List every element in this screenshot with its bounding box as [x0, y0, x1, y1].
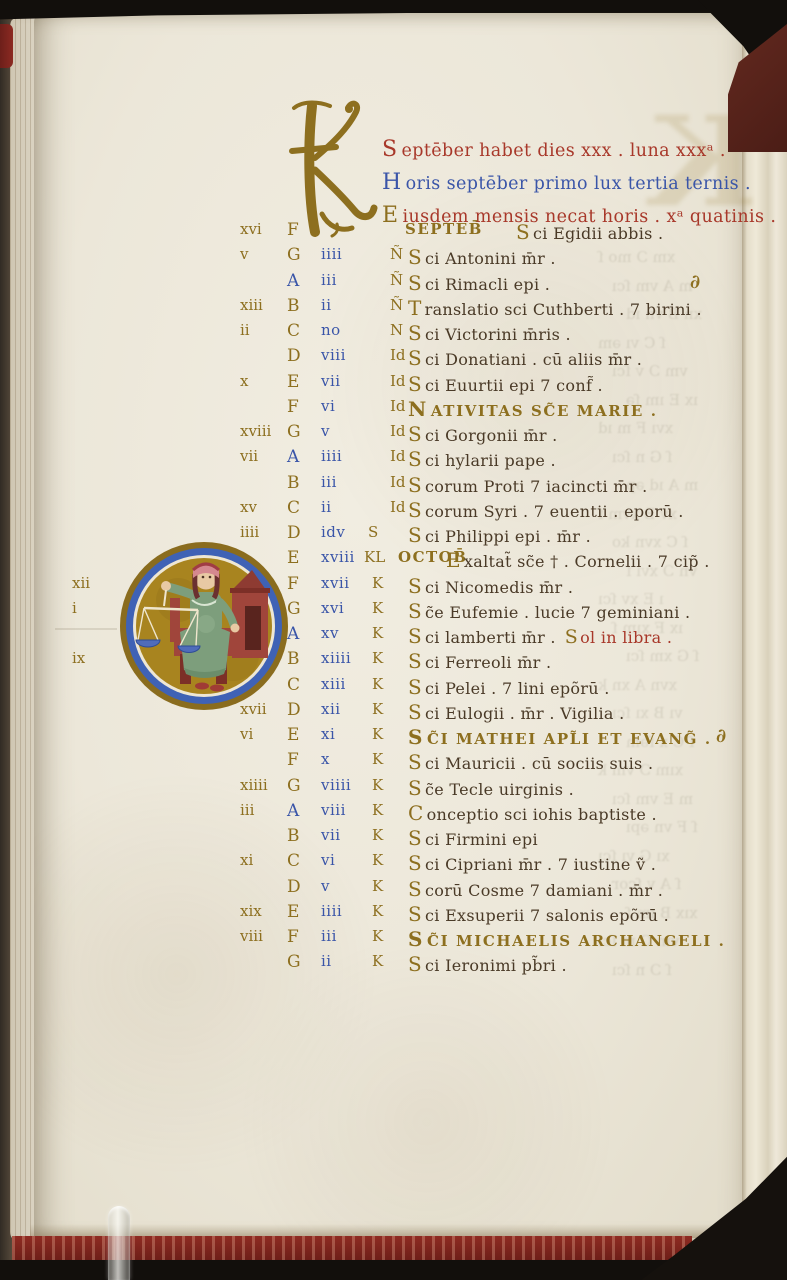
golden-number: x	[240, 372, 248, 390]
calendar-row: BviiKSci Firmini epi	[0, 826, 787, 851]
feast-initial: S	[408, 851, 422, 875]
calendar-row: viiiFiiiKSC̃I MICHAELIS ARCHANGELI .	[0, 927, 787, 952]
calendar-row: xiiFxviiKSci Nicomedis m̄r .	[0, 574, 787, 599]
dominical-letter: E	[287, 902, 299, 922]
calendar-row: AxvKSci lamberti m̄r .Sol in libra .	[0, 624, 787, 649]
day-count-numeral: xii	[321, 700, 341, 718]
feast-initial: S	[408, 321, 422, 345]
day-count-numeral: xvi	[321, 599, 344, 617]
feast-initial: S	[408, 952, 422, 976]
calendar-row: xiiiBiiÑTranslatio sci Cuthberti . 7 bir…	[0, 296, 787, 321]
feast-entry: Sci Firmini epi	[408, 826, 538, 850]
nones-ides-kalends-marker: K	[372, 700, 383, 718]
day-count-numeral: vi	[321, 851, 335, 869]
nones-ides-kalends-marker: K	[372, 725, 383, 743]
dominical-letter: F	[287, 927, 299, 947]
glass-book-weight	[108, 1206, 130, 1280]
dominical-letter: B	[287, 649, 300, 669]
feast-entry: Sci lamberti m̄r .Sol in libra .	[408, 624, 672, 648]
calendar-row: viExiKSC̃I MATHEI APL̃I ET EVANG̃ .∂	[0, 725, 787, 750]
feast-entry: Sci Pelei . 7 lini epõrū .	[408, 675, 610, 699]
day-count-numeral: xiii	[321, 675, 346, 693]
feast-entry: Sci Philippi epi . m̄r .	[408, 523, 591, 547]
golden-number-far-margin: xii	[72, 574, 90, 592]
calendar-row: ixBxiiiiKSci Ferreoli m̄r .	[0, 649, 787, 674]
day-count-numeral: x	[321, 750, 330, 768]
astronomical-note: Sol in libra .	[565, 628, 672, 647]
feast-initial: C	[408, 801, 424, 825]
nones-ides-kalends-marker: K	[372, 624, 383, 642]
dominical-letter: C	[287, 321, 300, 341]
nones-ides-kalends-marker: Ñ	[390, 296, 403, 314]
feast-initial: S	[408, 372, 422, 396]
nones-ides-kalends-marker: Id	[390, 372, 406, 390]
calendar-row: BiiiIdScorum Proti 7 iacincti m̄r .	[0, 473, 787, 498]
calendar-row: viiAiiiiIdSci hylarii pape .	[0, 447, 787, 472]
feast-initial: S	[408, 523, 422, 547]
day-count-numeral: vii	[321, 826, 341, 844]
nones-ides-kalends-marker: K	[372, 927, 383, 945]
feast-initial: S	[408, 902, 422, 926]
calendar-row: AiiiÑSci Rimacli epi .∂	[0, 271, 787, 296]
feast-initial: S	[408, 574, 422, 598]
calendar-row: xiCviKSci Cipriani m̄r . 7 iustine ṽ .	[0, 851, 787, 876]
golden-number: xvii	[240, 700, 267, 718]
day-count-numeral: iiii	[321, 902, 342, 920]
feast-initial: S	[408, 624, 422, 648]
nones-ides-kalends-marker: K	[372, 902, 383, 920]
calendar-row: xEviiIdSci Euurtii epi 7 conf̃ .	[0, 372, 787, 397]
dominical-letter: D	[287, 700, 301, 720]
day-count-numeral: xiiii	[321, 649, 351, 667]
dominical-letter: B	[287, 473, 300, 493]
day-count-numeral: idv	[321, 523, 345, 541]
nones-ides-kalends-marker: K	[372, 776, 383, 794]
golden-number: viii	[240, 927, 263, 945]
feast-entry: SC̃I MICHAELIS ARCHANGELI .	[408, 927, 725, 951]
feast-initial: S	[516, 220, 530, 244]
dominical-letter: B	[287, 826, 300, 846]
nones-ides-kalends-marker: KL	[364, 548, 385, 566]
feast-entry: SC̃I MATHEI APL̃I ET EVANG̃ .	[408, 725, 712, 749]
dominical-letter: G	[287, 245, 301, 265]
nones-ides-kalends-marker: N	[390, 321, 403, 339]
feast-initial: S	[408, 725, 424, 749]
calendar-row: FviIdNATIVITAS SC̃E MARIE .	[0, 397, 787, 422]
day-count-numeral: iii	[321, 473, 337, 491]
feast-entry: Conceptio sci iohis baptiste .	[408, 801, 657, 825]
feast-initial: S	[408, 473, 422, 497]
note-initial: S	[565, 626, 578, 648]
calendar-row: xviiDxiiKSci Eulogii . m̄r . Vigilia .	[0, 700, 787, 725]
dominical-letter: A	[287, 447, 299, 467]
day-count-numeral: iiii	[321, 447, 342, 465]
nones-ides-kalends-marker: K	[372, 952, 383, 970]
feast-initial: T	[408, 296, 422, 320]
day-count-numeral: ii	[321, 296, 332, 314]
dominical-letter: E	[287, 725, 299, 745]
feast-entry: Sci Exsuperii 7 salonis epõrū .	[408, 902, 669, 926]
golden-number: xviii	[240, 422, 271, 440]
day-count-numeral: xv	[321, 624, 339, 642]
nones-ides-kalends-marker: Ñ	[390, 245, 403, 263]
dominical-letter: A	[287, 624, 299, 644]
nones-ides-kalends-marker: K	[372, 599, 383, 617]
feast-initial: S	[408, 700, 422, 724]
feast-entry: NATIVITAS SC̃E MARIE .	[408, 397, 658, 421]
dominical-letter: C	[287, 498, 300, 518]
calendar-row: DvKScorū Cosme 7 damiani . m̄r .	[0, 877, 787, 902]
verse-initial: S	[382, 137, 397, 162]
golden-number: xiiii	[240, 776, 268, 794]
dominical-letter: E	[287, 372, 299, 392]
nones-ides-kalends-marker: K	[372, 574, 383, 592]
feast-initial: S	[408, 675, 422, 699]
dominical-letter: A	[287, 801, 299, 821]
nones-ides-kalends-marker: Ñ	[390, 271, 403, 289]
feast-initial: S	[408, 826, 422, 850]
calendar-row: CxiiiKSci Pelei . 7 lini epõrū .	[0, 675, 787, 700]
dominical-letter: C	[287, 675, 300, 695]
feast-entry: Sci Euurtii epi 7 conf̃ .	[408, 372, 603, 396]
day-count-numeral: vii	[321, 372, 341, 390]
golden-number: iiii	[240, 523, 259, 541]
calendar-row: xixEiiiiKSci Exsuperii 7 salonis epõrū .	[0, 902, 787, 927]
feast-entry: Scorum Syri . 7 euentii . eporū .	[408, 498, 684, 522]
feast-entry: Sci Nicomedis m̄r .	[408, 574, 573, 598]
day-count-numeral: ii	[321, 498, 332, 516]
golden-number-far-margin: ix	[72, 649, 85, 667]
feast-initial: N	[408, 397, 428, 421]
feast-initial: S	[408, 498, 422, 522]
golden-number: ii	[240, 321, 250, 339]
header-verse-line: Horis septēber primo lux tertia ternis .	[382, 170, 751, 195]
feast-entry: Scorū Cosme 7 damiani . m̄r .	[408, 877, 663, 901]
dominical-letter: G	[287, 599, 301, 619]
dominical-letter: A	[287, 271, 299, 291]
nones-ides-kalends-marker: K	[372, 649, 383, 667]
dominical-letter: G	[287, 776, 301, 796]
dominical-letter: B	[287, 296, 300, 316]
golden-number: v	[240, 245, 248, 263]
gold-margin-mark: ∂	[690, 271, 700, 293]
feast-entry: Sc̃e Tecle uirginis .	[408, 776, 574, 800]
feast-initial: S	[408, 649, 422, 673]
feast-entry: Translatio sci Cuthberti . 7 birini .	[408, 296, 702, 320]
feast-entry: Sci Rimacli epi .	[408, 271, 550, 295]
feast-entry: Sc̃e Eufemie . lucie 7 geminiani .	[408, 599, 690, 623]
golden-number: xiii	[240, 296, 263, 314]
calendar-row: GiiKSci Ieronimi pb̃ri .	[0, 952, 787, 977]
golden-number: iii	[240, 801, 254, 819]
golden-number: xi	[240, 851, 253, 869]
nones-ides-kalends-marker: K	[372, 801, 383, 819]
golden-number: vii	[240, 447, 258, 465]
golden-number: vi	[240, 725, 253, 743]
calendar-row: DviiiIdSci Donatiani . cū aliis m̄r .	[0, 346, 787, 371]
calendar-row: xviFSEPTEB̄Sci Egidii abbis .	[0, 220, 787, 245]
golden-number-far-margin: i	[72, 599, 77, 617]
header-verse-line: Septēber habet dies xxx . luna xxxᵃ .	[382, 137, 726, 162]
calendar-row: iiiiDidvSSci Philippi epi . m̄r .	[0, 523, 787, 548]
dominical-letter: G	[287, 952, 301, 972]
feast-initial: S	[408, 422, 422, 446]
day-count-numeral: xvii	[321, 574, 350, 592]
feast-initial: S	[408, 750, 422, 774]
feast-entry: Sci Eulogii . m̄r . Vigilia .	[408, 700, 625, 724]
feast-initial: S	[408, 927, 424, 951]
feast-entry: Sci Gorgonii m̄r .	[408, 422, 558, 446]
calendar-row: ExviiiKLOCTOB̄Exaltat̃ sc̃e † . Cornelii…	[0, 548, 787, 573]
feast-entry: Exaltat̃ sc̃e † . Cornelii . 7 cip̃ .	[446, 548, 710, 572]
day-count-numeral: iii	[321, 927, 337, 945]
day-count-numeral: ii	[321, 952, 332, 970]
day-count-numeral: vi	[321, 397, 335, 415]
dominical-letter: F	[287, 574, 299, 594]
feast-initial: S	[408, 776, 422, 800]
dominical-letter: D	[287, 877, 301, 897]
calendar-row: vGiiiiÑSci Antonini m̄r .	[0, 245, 787, 270]
calendar-row: xiiiiGviiiiKSc̃e Tecle uirginis .	[0, 776, 787, 801]
dominical-letter: G	[287, 422, 301, 442]
day-count-numeral: xi	[321, 725, 335, 743]
feast-initial: S	[408, 599, 422, 623]
nones-ides-kalends-marker: K	[372, 675, 383, 693]
day-count-numeral: iii	[321, 271, 337, 289]
feast-initial: S	[408, 245, 422, 269]
nones-ides-kalends-marker: Id	[390, 397, 406, 415]
calendar-row: FxKSci Mauricii . cū sociis suis .	[0, 750, 787, 775]
dominical-letter: D	[287, 523, 301, 543]
feast-entry: Sci Mauricii . cū sociis suis .	[408, 750, 653, 774]
feast-initial: E	[446, 548, 461, 572]
manuscript-photo: K xm Ɔ mo ſm A vm ſcıxn B vn ıdſ C vı ǝm…	[0, 0, 787, 1280]
dominical-letter: F	[287, 750, 299, 770]
day-count-numeral: viii	[321, 346, 346, 364]
gold-margin-mark: ∂	[716, 725, 726, 747]
feast-entry: Sci Cipriani m̄r . 7 iustine ṽ .	[408, 851, 656, 875]
feast-initial: S	[408, 877, 422, 901]
nones-ides-kalends-marker: S	[368, 523, 378, 541]
feast-entry: Sci Ferreoli m̄r .	[408, 649, 551, 673]
day-count-numeral: xviii	[321, 548, 355, 566]
feast-initial: S	[408, 346, 422, 370]
feast-entry: Sci Antonini m̄r .	[408, 245, 556, 269]
month-label: SEPTEB̄	[405, 220, 483, 238]
day-count-numeral: iiii	[321, 245, 342, 263]
nones-ides-kalends-marker: Id	[390, 422, 406, 440]
feast-entry: Sci Egidii abbis .	[516, 220, 663, 244]
dominical-letter: E	[287, 548, 299, 568]
feast-initial: S	[408, 447, 422, 471]
feast-entry: Sci Donatiani . cū aliis m̄r .	[408, 346, 642, 370]
golden-number: xix	[240, 902, 262, 920]
nones-ides-kalends-marker: Id	[390, 498, 406, 516]
feast-entry: Sci Ieronimi pb̃ri .	[408, 952, 567, 976]
dominical-letter: F	[287, 397, 299, 417]
calendar-row: xvCiiIdScorum Syri . 7 euentii . eporū .	[0, 498, 787, 523]
day-count-numeral: viiii	[321, 776, 351, 794]
nones-ides-kalends-marker: K	[372, 851, 383, 869]
feast-entry: Scorum Proti 7 iacincti m̄r .	[408, 473, 648, 497]
golden-number: xv	[240, 498, 257, 516]
calendar-row: xviiiGvIdSci Gorgonii m̄r .	[0, 422, 787, 447]
dominical-letter: F	[287, 220, 299, 240]
nones-ides-kalends-marker: Id	[390, 346, 406, 364]
kl-monogram-initial	[282, 96, 378, 238]
day-count-numeral: no	[321, 321, 341, 339]
calendar-row: iiiAviiiKConceptio sci iohis baptiste .	[0, 801, 787, 826]
calendar-row: iiCnoNSci Victorini m̄ris .	[0, 321, 787, 346]
dominical-letter: C	[287, 851, 300, 871]
day-count-numeral: viii	[321, 801, 346, 819]
nones-ides-kalends-marker: Id	[390, 473, 406, 491]
nones-ides-kalends-marker: K	[372, 877, 383, 895]
nones-ides-kalends-marker: K	[372, 826, 383, 844]
nones-ides-kalends-marker: K	[372, 750, 383, 768]
dominical-letter: D	[287, 346, 301, 366]
feast-initial: S	[408, 271, 422, 295]
binding-red-left	[0, 24, 13, 68]
verse-initial: H	[382, 170, 402, 195]
feast-entry: Sci hylarii pape .	[408, 447, 556, 471]
nones-ides-kalends-marker: Id	[390, 447, 406, 465]
golden-number: xvi	[240, 220, 262, 238]
feast-entry: Sci Victorini m̄ris .	[408, 321, 571, 345]
calendar-row: iGxviKSc̃e Eufemie . lucie 7 geminiani .	[0, 599, 787, 624]
day-count-numeral: v	[321, 422, 330, 440]
day-count-numeral: v	[321, 877, 330, 895]
